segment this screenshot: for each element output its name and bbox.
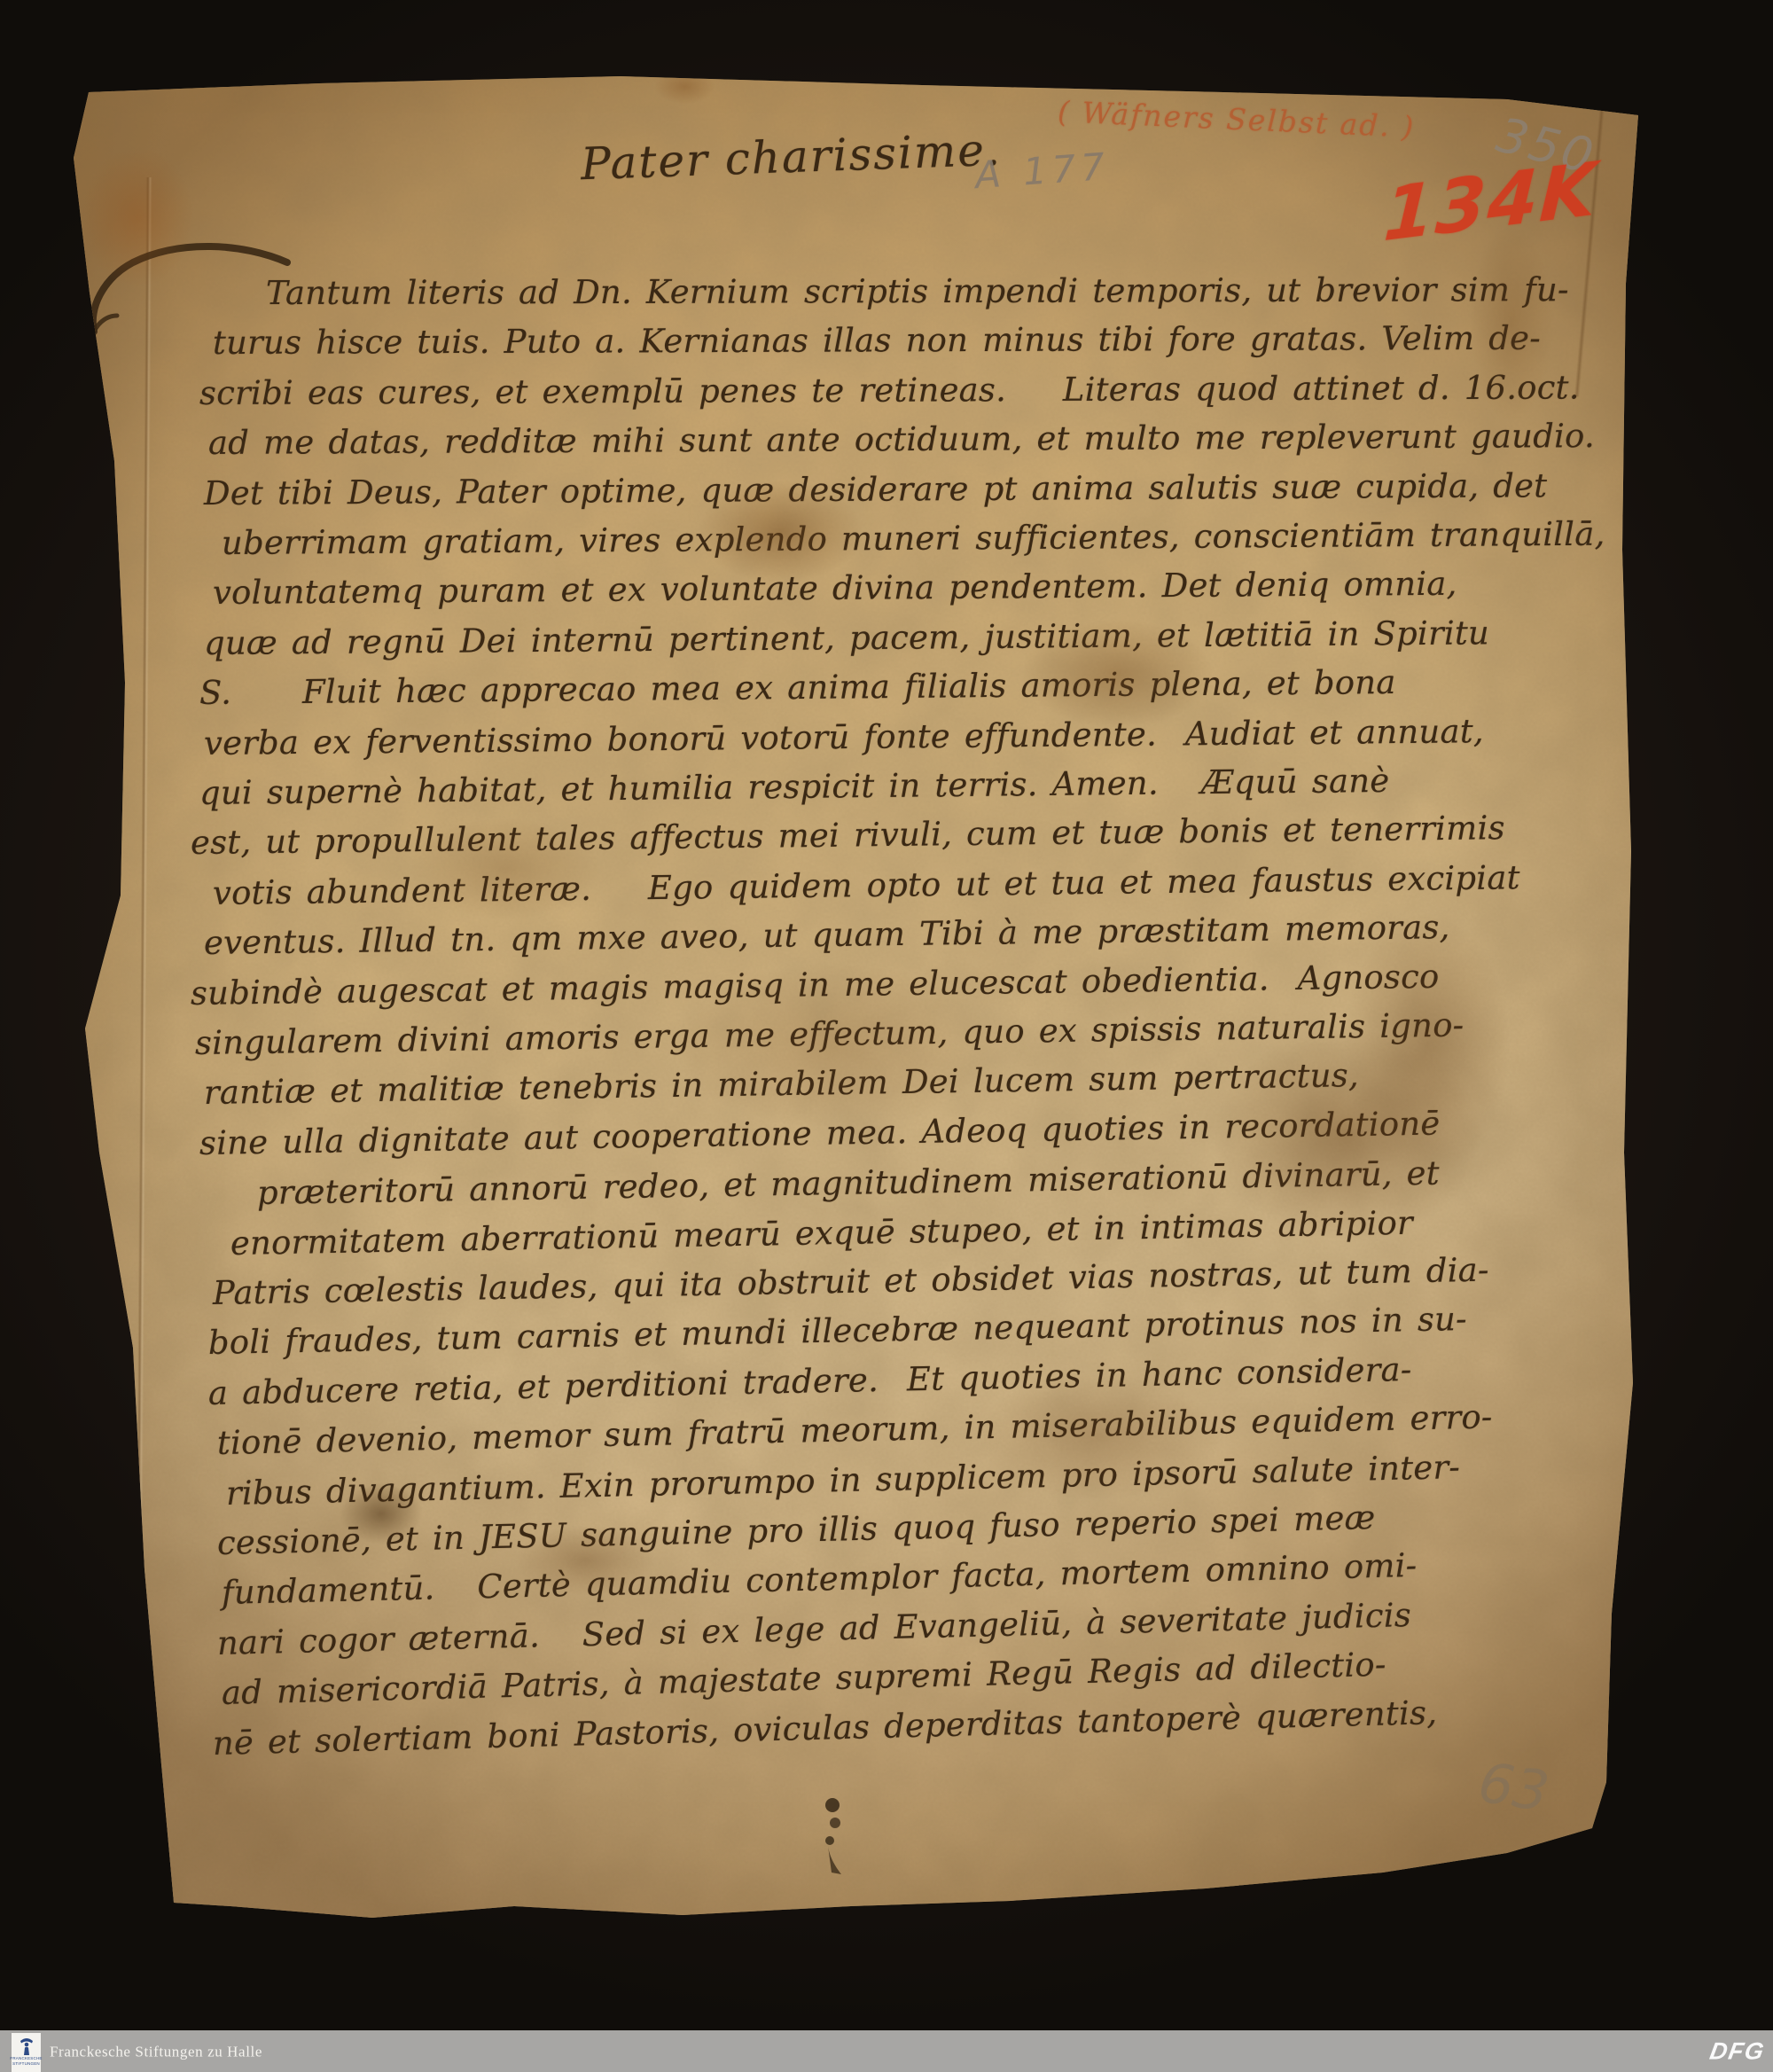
page-number-bottom-pencil: 63 [1475, 1755, 1553, 1820]
manuscript-line: S. Fluit hæc apprecao mea ex anima filia… [199, 662, 1396, 719]
franckesche-stiftungen-emblem-icon [18, 2036, 35, 2055]
ink-blot [802, 1793, 864, 1890]
manuscript-line: Tantum literis ad Dn. Kernium scriptis i… [266, 270, 1569, 319]
manuscript-photo: Pater charissime. Tantum literis ad Dn. … [0, 0, 1773, 2072]
footer-bar: FRANCKESCHE STIFTUNGEN Franckesche Stift… [0, 2030, 1773, 2072]
logo-caption-line2: STIFTUNGEN [12, 2061, 40, 2066]
logo-caption-line1: FRANCKESCHE [10, 2056, 42, 2060]
manuscript-line: Det tibi Deus, Pater optime, quæ desider… [204, 465, 1548, 520]
manuscript-line: quæ ad regnū Dei internū pertinent, pace… [204, 613, 1489, 669]
dfg-logo: DFG [1707, 2039, 1766, 2063]
manuscript-line: scribi eas cures, et exemplū penes te re… [199, 367, 1580, 419]
institution-logo: FRANCKESCHE STIFTUNGEN [12, 2033, 41, 2072]
manuscript-line: verba ex ferventissimo bonorū votorū fon… [204, 711, 1484, 770]
manuscript-line: ad me datas, redditæ mihi sunt ante octi… [208, 416, 1595, 469]
paper-sheet: Pater charissime. Tantum literis ad Dn. … [0, 0, 1773, 2072]
manuscript-line: turus hisce tuis. Puto a. Kernianas illa… [213, 318, 1541, 369]
manuscript-line: uberrimam gratiam, vires explendo muneri… [222, 514, 1605, 569]
institution-name: Franckesche Stiftungen zu Halle [50, 2044, 262, 2059]
manuscript-line: voluntatemq puram et ex voluntate divina… [213, 564, 1457, 619]
shelfmark-annotation: A 177 [974, 148, 1112, 195]
